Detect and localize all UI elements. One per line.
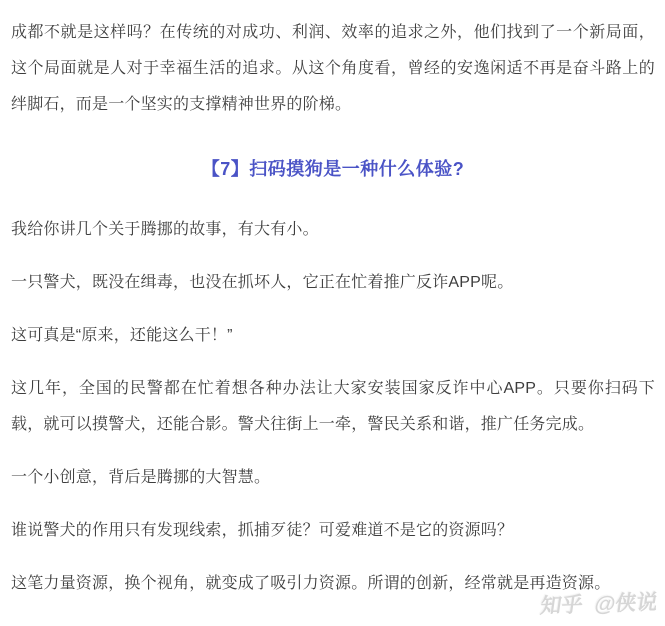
intro-paragraph: 成都不就是这样吗？在传统的对成功、利润、效率的追求之外，他们找到了一个新局面，这… <box>11 15 655 123</box>
paragraph: 这笔力量资源，换个视角，就变成了吸引力资源。所谓的创新，经常就是再造资源。 <box>11 566 655 602</box>
paragraph: 一个小创意，背后是腾挪的大智慧。 <box>11 460 655 496</box>
paragraph: 这可真是“原来，还能这么干！” <box>11 318 655 354</box>
article-page: 成都不就是这样吗？在传统的对成功、利润、效率的追求之外，他们找到了一个新局面，这… <box>0 0 665 602</box>
paragraph: 这几年，全国的民警都在忙着想各种办法让大家安装国家反诈中心APP。只要你扫码下载… <box>11 371 655 443</box>
paragraph: 谁说警犬的作用只有发现线索，抓捕歹徒？可爱难道不是它的资源吗？ <box>11 513 655 549</box>
paragraph: 一只警犬，既没在缉毒，也没在抓坏人，它正在忙着推广反诈APP呢。 <box>11 265 655 301</box>
section-heading: 【7】扫码摸狗是一种什么体验? <box>11 156 655 182</box>
paragraph: 我给你讲几个关于腾挪的故事，有大有小。 <box>11 212 655 248</box>
